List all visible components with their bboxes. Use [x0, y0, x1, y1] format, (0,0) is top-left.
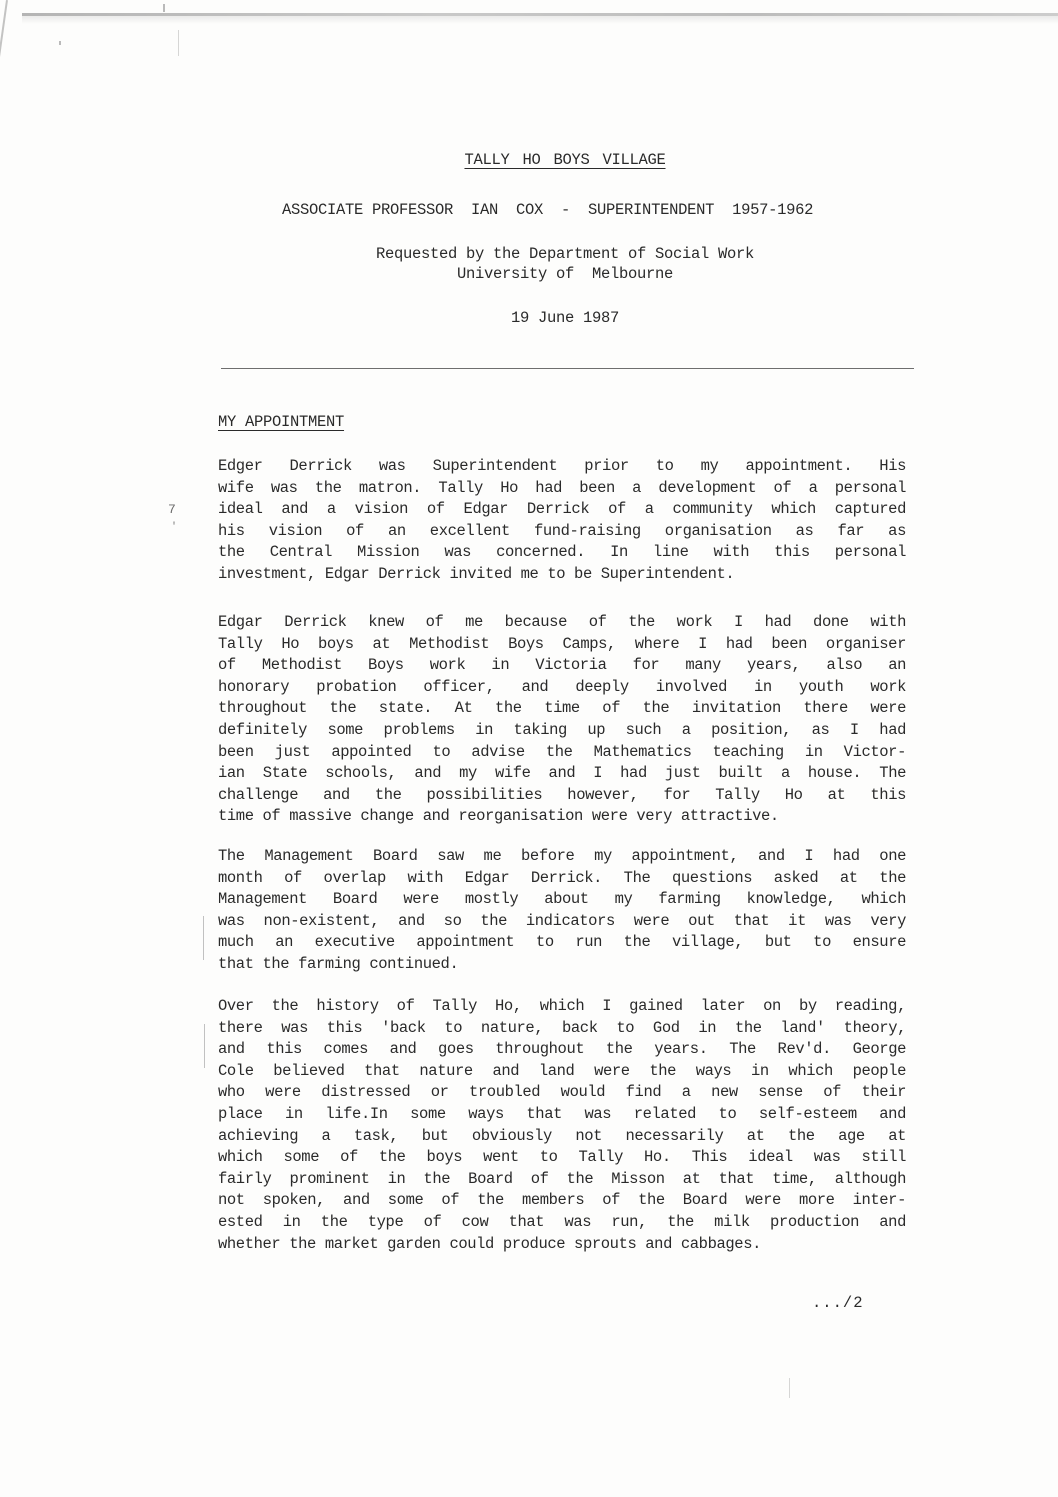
scan-speck — [789, 1378, 790, 1398]
paragraph-line: Tally Ho boys at Methodist Boys Camps, w… — [218, 634, 906, 656]
paragraph-line: Management Board were mostly about my fa… — [218, 889, 906, 911]
paragraph-line: ested in the type of cow that was run, t… — [218, 1212, 906, 1234]
paragraph: Edgar Derrick knew of me because of the … — [218, 612, 906, 828]
paragraph-line: not spoken, and some of the members of t… — [218, 1190, 906, 1212]
paragraph-line: whether the market garden could produce … — [218, 1234, 906, 1256]
paragraph-line: been just appointed to advise the Mathem… — [218, 742, 906, 764]
paragraph-line: who were distressed or troubled would fi… — [218, 1082, 906, 1104]
paragraph-line: challenge and the possibilities however,… — [218, 785, 906, 807]
paragraph-line: The Management Board saw me before my ap… — [218, 846, 906, 868]
paragraph-line: month of overlap with Edgar Derrick. The… — [218, 868, 906, 890]
paragraph-line: honorary probation officer, and deeply i… — [218, 677, 906, 699]
document-date: 19 June 1987 — [200, 308, 930, 328]
scanned-page: 7 ' TALLY HO BOYS VILLAGE ASSOCIATE PROF… — [0, 0, 1058, 1497]
paragraph-line: definitely some problems in taking up su… — [218, 720, 906, 742]
document-subtitle: ASSOCIATE PROFESSOR IAN COX - SUPERINTEN… — [282, 200, 813, 220]
margin-bar — [204, 1024, 205, 1068]
paragraph-line: Cole believed that nature and land were … — [218, 1061, 906, 1083]
margin-bar — [203, 916, 204, 960]
page-continuation: .../2 — [812, 1293, 864, 1313]
document-title-text: TALLY HO BOYS VILLAGE — [464, 151, 665, 169]
paragraph: Edger Derrick was Superintendent prior t… — [218, 456, 906, 586]
scan-speck — [59, 41, 61, 45]
paragraph-line: Edger Derrick was Superintendent prior t… — [218, 456, 906, 478]
paragraph-line: that the farming continued. — [218, 954, 906, 976]
paragraph-line: of Methodist Boys work in Victoria for m… — [218, 655, 906, 677]
scan-shadow — [22, 16, 1058, 24]
margin-tick: ' — [171, 522, 177, 533]
paragraph-line: Over the history of Tally Ho, which I ga… — [218, 996, 906, 1018]
document-title: TALLY HO BOYS VILLAGE — [200, 150, 930, 170]
paragraph-line: much an executive appointment to run the… — [218, 932, 906, 954]
paragraph-line: Edgar Derrick knew of me because of the … — [218, 612, 906, 634]
request-line-1: Requested by the Department of Social Wo… — [200, 244, 930, 264]
scan-speck — [178, 30, 179, 56]
paragraph-line: ian State schools, and my wife and I had… — [218, 763, 906, 785]
margin-mark: 7 — [168, 503, 176, 516]
paragraph-line: his vision of an excellent fund-raising … — [218, 521, 906, 543]
paragraph-line: and this comes and goes throughout the y… — [218, 1039, 906, 1061]
paragraph-line: the Central Mission was concerned. In li… — [218, 542, 906, 564]
scan-speck — [163, 4, 165, 12]
paragraph-line: wife was the matron. Tally Ho had been a… — [218, 478, 906, 500]
paragraph-line: fairly prominent in the Board of the Mis… — [218, 1169, 906, 1191]
paragraph-line: ideal and a vision of Edgar Derrick of a… — [218, 499, 906, 521]
request-line-2: University of Melbourne — [200, 264, 930, 284]
section-heading: MY APPOINTMENT — [218, 412, 344, 432]
paragraph: Over the history of Tally Ho, which I ga… — [218, 996, 906, 1255]
paragraph-line: time of massive change and reorganisatio… — [218, 806, 906, 828]
paragraph: The Management Board saw me before my ap… — [218, 846, 906, 976]
paragraph-line: was non-existent, and so the indicators … — [218, 911, 906, 933]
paragraph-line: place in life.In some ways that was rela… — [218, 1104, 906, 1126]
paragraph-line: throughout the state. At the time of the… — [218, 698, 906, 720]
paragraph-line: which some of the boys went to Tally Ho.… — [218, 1147, 906, 1169]
paragraph-line: achieving a task, but obviously not nece… — [218, 1126, 906, 1148]
paragraph-line: investment, Edgar Derrick invited me to … — [218, 564, 906, 586]
header-divider — [221, 368, 914, 369]
scan-left-edge — [0, 0, 8, 139]
paragraph-line: there was this 'back to nature, back to … — [218, 1018, 906, 1040]
